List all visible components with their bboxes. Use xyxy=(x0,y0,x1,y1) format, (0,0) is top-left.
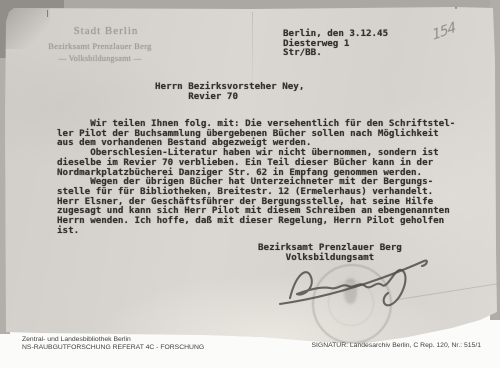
date-address-block: Berlin, den 3.12.45 Diesterweg 1 Str/BB. xyxy=(283,29,388,58)
scanned-letter-page: Stadt Berlin Bezirksamt Prenzlauer Berg … xyxy=(0,0,500,368)
letterhead-office: Bezirksamt Prenzlauer Berg xyxy=(35,41,165,51)
letter-paper: Stadt Berlin Bezirksamt Prenzlauer Berg … xyxy=(0,0,500,352)
recipient-block: Herrn Bezirksvorsteher Ney, Revier 70 xyxy=(155,82,304,101)
library-provenance-caption: Zentral- und Landesbibliothek Berlin NS-… xyxy=(22,336,204,352)
archive-signature-caption: SIGNATUR: Landesarchiv Berlin, C Rep. 12… xyxy=(312,342,482,349)
letterhead-department: — Volksbildungsamt — xyxy=(35,54,165,63)
handwritten-folio-number: 154 xyxy=(431,20,456,44)
letter-body: Wir teilen Ihnen folg. mit: Die versehen… xyxy=(57,119,455,235)
pencil-tick-mark xyxy=(47,10,48,17)
letterhead-stamp: Stadt Berlin Bezirksamt Prenzlauer Berg … xyxy=(35,25,165,63)
letterhead-city: Stadt Berlin xyxy=(47,25,165,37)
handwritten-signature xyxy=(272,246,447,318)
